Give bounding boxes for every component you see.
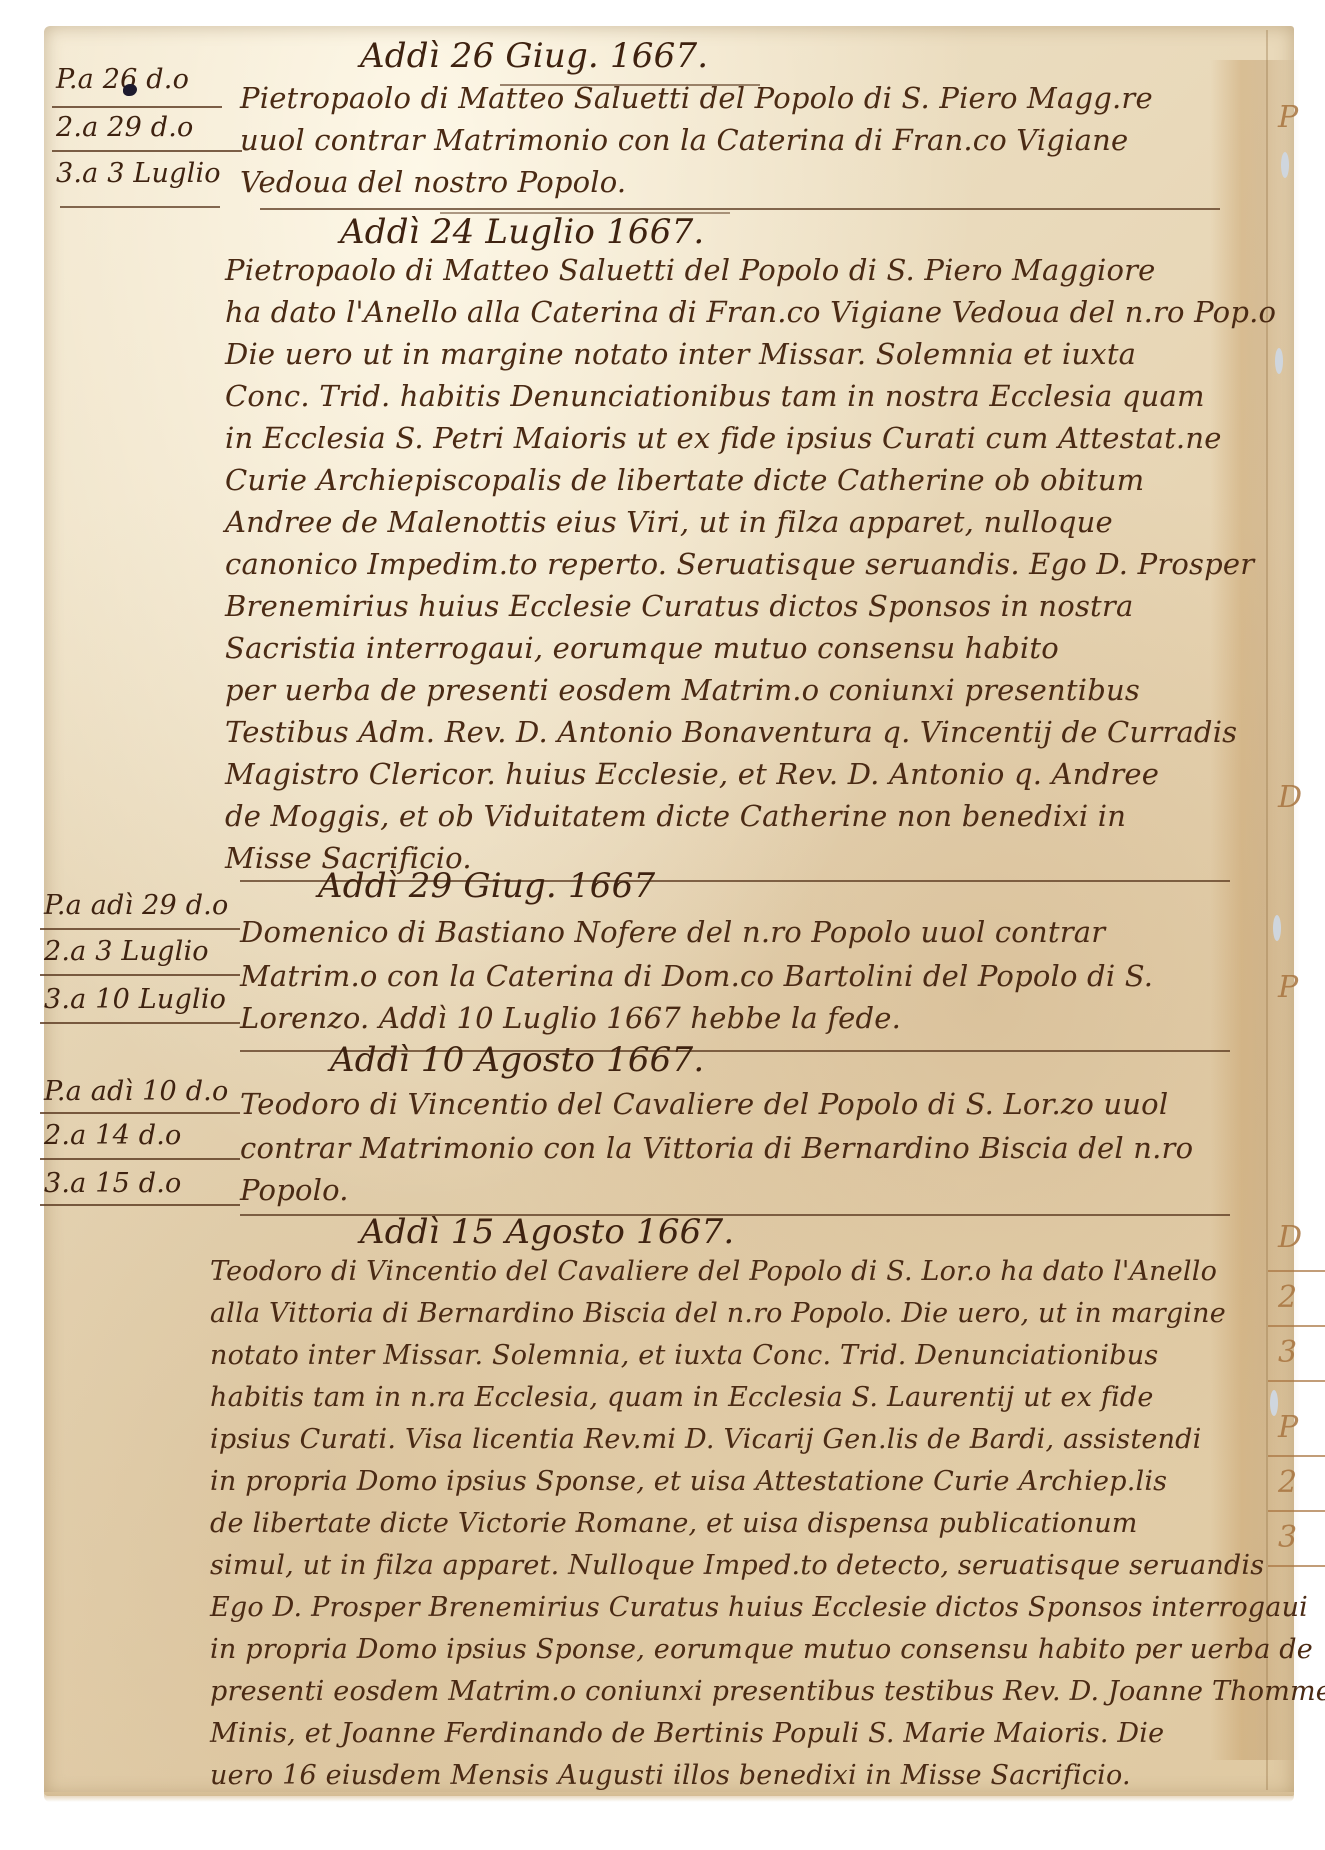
- entry-text-line: Testibus Adm. Rev. D. Antonio Bonaventur…: [225, 718, 1237, 747]
- adjacent-fragment: 3: [1278, 1335, 1297, 1370]
- banns-note-3: 3.a 15 d.o: [44, 1168, 182, 1199]
- entry-text-line: Teodoro di Vincentio del Cavaliere del P…: [210, 1258, 1217, 1285]
- entry-text-line: Andree de Malenottis eius Viri, ut in fi…: [225, 508, 1113, 537]
- adjacent-rule: [1268, 1325, 1325, 1327]
- entry-text-line: uuol contrar Matrimonio con la Caterina …: [240, 126, 1128, 155]
- entry-text-line: contrar Matrimonio con la Vittoria di Be…: [240, 1134, 1193, 1163]
- adjacent-fragment: 3: [1278, 1520, 1297, 1555]
- adjacent-fragment: P: [1278, 970, 1298, 1005]
- entry-text-line: Ego D. Prosper Brenemirius Curatus huius…: [210, 1594, 1308, 1621]
- entry-date-heading: Addì 10 Agosto 1667.: [330, 1040, 704, 1080]
- entry-text-line: uero 16 eiusdem Mensis Augusti illos ben…: [210, 1762, 1131, 1789]
- entry-separator: [60, 206, 220, 208]
- entry-text-line: Sacristia interrogaui, eorumque mutuo co…: [225, 634, 1059, 663]
- entry-text-line: Brenemirius huius Ecclesie Curatus dicto…: [225, 592, 1133, 621]
- entry-text-line: ipsius Curati. Visa licentia Rev.mi D. V…: [210, 1426, 1201, 1453]
- adjacent-fragment: P: [1278, 100, 1298, 135]
- banns-note-1: P.a adì 29 d.o: [44, 890, 228, 921]
- entry-text-line: alla Vittoria di Bernardino Biscia del n…: [210, 1300, 1226, 1327]
- adjacent-rule: [1268, 1380, 1325, 1382]
- entry-date-heading: Addì 29 Giug. 1667: [318, 866, 655, 906]
- margin-rule: [40, 1158, 240, 1160]
- heading-flourish: [440, 212, 730, 214]
- adjacent-page-fragment: P D P D 2 3 P 2 3: [1268, 40, 1325, 1780]
- adjacent-fragment: P: [1278, 1410, 1298, 1445]
- banns-note-2: 2.a 3 Luglio: [44, 936, 209, 967]
- adjacent-rule: [1268, 1510, 1325, 1512]
- margin-rule: [40, 1022, 240, 1024]
- entry-text-line: ha dato l'Anello alla Caterina di Fran.c…: [225, 298, 1276, 327]
- entry-text-line: Magistro Clericor. huius Ecclesie, et Re…: [225, 760, 1159, 789]
- entry-date-heading: Addì 26 Giug. 1667.: [360, 36, 708, 76]
- entry-text-line: Curie Archiepiscopalis de libertate dict…: [225, 466, 1144, 495]
- margin-rule: [52, 106, 222, 108]
- entry-text-line: simul, ut in filza apparet. Nulloque Imp…: [210, 1552, 1264, 1579]
- margin-rule: [40, 974, 240, 976]
- adjacent-fragment: D: [1278, 1220, 1302, 1255]
- entry-text-line: Lorenzo. Addì 10 Luglio 1667 hebbe la fe…: [240, 1004, 901, 1033]
- entry-text-line: in propria Domo ipsius Sponse, et uisa A…: [210, 1468, 1167, 1495]
- margin-rule: [40, 928, 240, 930]
- entry-text-line: Vedoua del nostro Popolo.: [240, 168, 626, 197]
- entry-text-line: habitis tam in n.ra Ecclesia, quam in Ec…: [210, 1384, 1154, 1411]
- entry-text-line: Popolo.: [240, 1176, 349, 1205]
- banns-note-3: 3.a 10 Luglio: [44, 984, 226, 1015]
- entry-text-line: Die uero ut in margine notato inter Miss…: [225, 340, 1136, 369]
- adjacent-rule: [1268, 1270, 1325, 1272]
- entry-text-line: notato inter Missar. Solemnia, et iuxta …: [210, 1342, 1158, 1369]
- margin-rule: [40, 1204, 240, 1206]
- entry-text-line: Domenico di Bastiano Nofere del n.ro Pop…: [240, 918, 1105, 947]
- margin-rule: [52, 150, 242, 152]
- adjacent-fragment: 2: [1278, 1280, 1297, 1315]
- entry-text-line: de libertate dicte Victorie Romane, et u…: [210, 1510, 1138, 1537]
- entry-text-line: in Ecclesia S. Petri Maioris ut ex fide …: [225, 424, 1222, 453]
- entry-text-line: Pietropaolo di Matteo Saluetti del Popol…: [225, 256, 1156, 285]
- entry-text-line: Minis, et Joanne Ferdinando de Bertinis …: [210, 1720, 1164, 1747]
- adjacent-rule: [1268, 1455, 1325, 1457]
- entry-text-line: presenti eosdem Matrim.o coniunxi presen…: [210, 1678, 1325, 1705]
- entry-date-heading: Addì 15 Agosto 1667.: [360, 1212, 734, 1252]
- adjacent-rule: [1268, 1565, 1325, 1567]
- adjacent-fragment: 2: [1278, 1465, 1297, 1500]
- entry-text-line: per uerba de presenti eosdem Matrim.o co…: [225, 676, 1140, 705]
- banns-note-1: P.a adì 10 d.o: [44, 1076, 228, 1107]
- banns-note-2: 2.a 14 d.o: [44, 1120, 182, 1151]
- entry-text-line: Teodoro di Vincentio del Cavaliere del P…: [240, 1090, 1168, 1119]
- entry-text-line: canonico Impedim.to reperto. Seruatisque…: [225, 550, 1254, 579]
- entry-text-line: in propria Domo ipsius Sponse, eorumque …: [210, 1636, 1313, 1663]
- entry-date-heading: Addì 24 Luglio 1667.: [340, 212, 704, 252]
- entry-text-line: Conc. Trid. habitis Denunciationibus tam…: [225, 382, 1205, 411]
- entry-text-line: Matrim.o con la Caterina di Dom.co Barto…: [240, 962, 1153, 991]
- adjacent-fragment: D: [1278, 780, 1302, 815]
- margin-rule: [40, 1112, 240, 1114]
- entry-text-line: Pietropaolo di Matteo Saluetti del Popol…: [240, 84, 1153, 113]
- entry-text-line: de Moggis, et ob Viduitatem dicte Cather…: [225, 802, 1126, 831]
- banns-note-2: 2.a 29 d.o: [56, 112, 194, 143]
- page-bottom-edge: [44, 1792, 1294, 1802]
- banns-note-3: 3.a 3 Luglio: [56, 158, 221, 189]
- entry-separator: [260, 208, 1220, 210]
